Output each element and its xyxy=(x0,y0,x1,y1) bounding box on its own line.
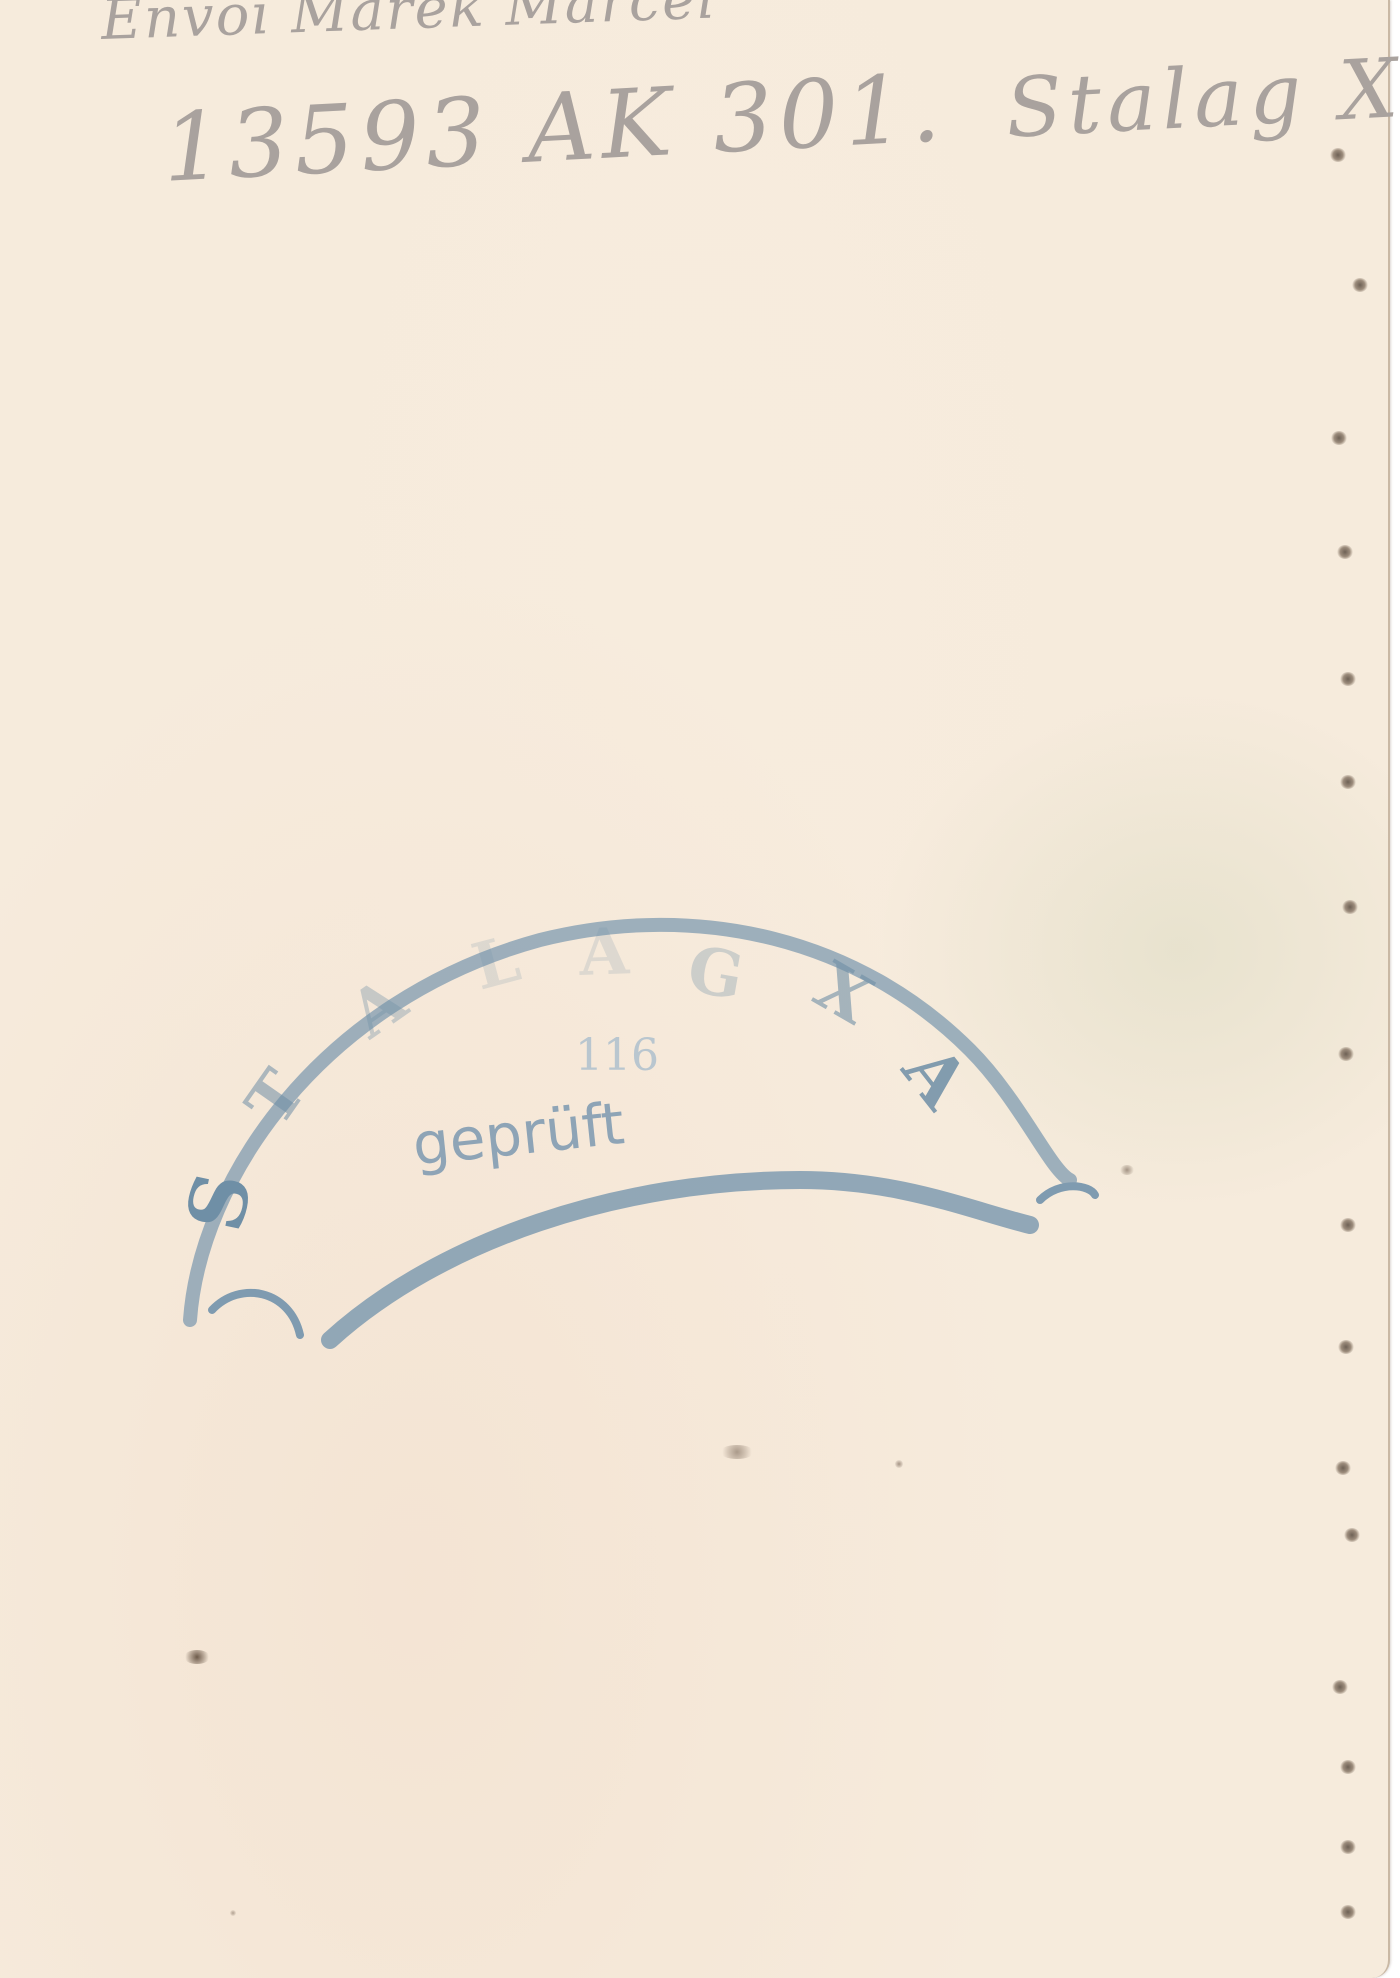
stamp-letter-a2: A xyxy=(577,914,632,991)
punch-hole xyxy=(1330,148,1346,162)
punch-hole xyxy=(1340,672,1356,686)
punch-hole xyxy=(1352,278,1368,292)
ink-stain xyxy=(895,1460,903,1468)
punch-hole xyxy=(1340,1840,1356,1854)
punch-hole xyxy=(1335,1461,1351,1475)
punch-hole xyxy=(1337,545,1353,559)
punch-hole xyxy=(1340,1905,1356,1919)
stamp-letter-g: G xyxy=(682,932,749,1015)
camp-name: Stalag X A xyxy=(1004,36,1400,157)
punch-hole xyxy=(1338,1047,1354,1061)
censor-stamp: S T A L A G X A 116 geprüft xyxy=(180,880,1100,1360)
stamp-letter-l: L xyxy=(465,921,528,1005)
punch-hole xyxy=(1338,1340,1354,1354)
punch-hole xyxy=(1342,900,1358,914)
punch-hole xyxy=(1340,1218,1356,1232)
ink-stain xyxy=(230,1910,236,1916)
punch-hole xyxy=(1340,1760,1356,1774)
handwritten-sender-line: Envoi Marek Marcel xyxy=(100,0,718,53)
ink-stain xyxy=(184,1650,210,1664)
punch-hole xyxy=(1331,431,1347,445)
prisoner-number: 13593 AK 301. xyxy=(160,54,949,204)
stamp-label: geprüft xyxy=(409,1089,627,1179)
punch-hole xyxy=(1332,1680,1348,1694)
punch-hole xyxy=(1340,775,1356,789)
stamp-number: 116 xyxy=(575,1030,659,1081)
postcard-back: Envoi Marek Marcel 13593 AK 301. Stalag … xyxy=(0,0,1390,1978)
ink-stain xyxy=(1120,1165,1134,1175)
stamp-letter-x: X xyxy=(802,946,886,1040)
punch-hole xyxy=(1344,1528,1360,1542)
handwritten-address-line: 13593 AK 301. Stalag X A xyxy=(160,25,1400,204)
stamp-letter-s: S xyxy=(170,1165,271,1239)
ink-stain xyxy=(720,1445,754,1459)
